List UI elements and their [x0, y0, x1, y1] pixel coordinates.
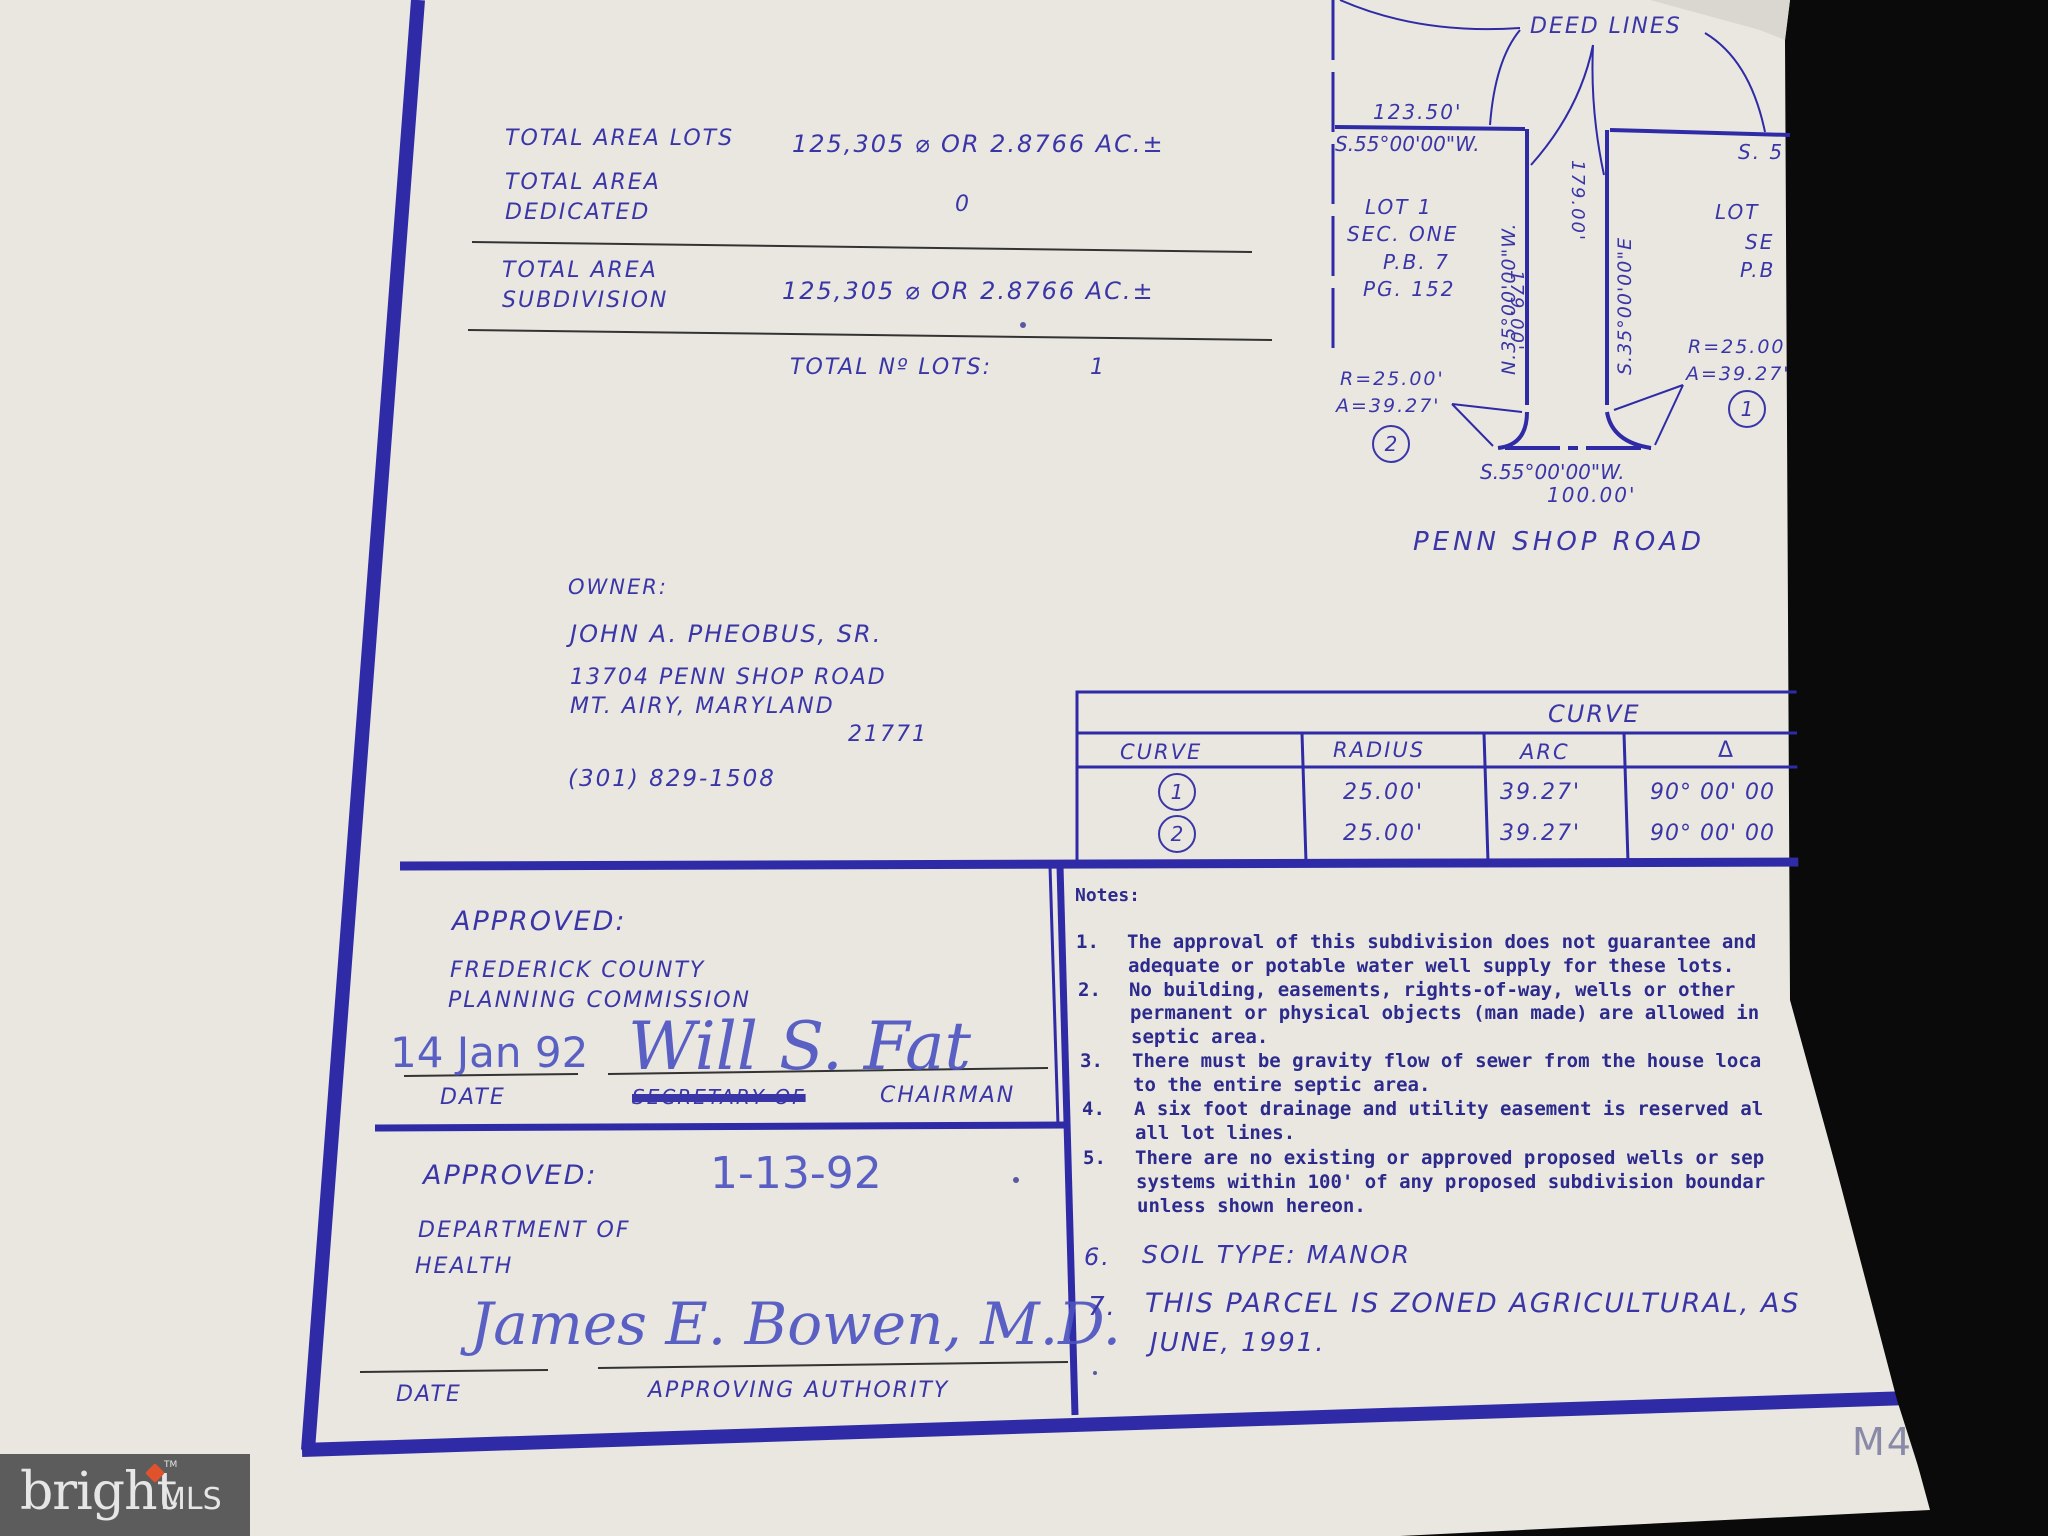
- deed-lines-label: DEED LINES: [1530, 14, 1682, 39]
- owner-phone: (301) 829-1508: [568, 766, 776, 792]
- plat-document: TOTAL AREA LOTS 125,305 ⌀ OR 2.8766 AC.±…: [0, 0, 2048, 1536]
- note-7-line-2: JUNE, 1991.: [1150, 1328, 1326, 1358]
- curve-arc: 39.27': [1500, 780, 1581, 805]
- curve-table-title: CURVE: [1548, 700, 1641, 728]
- margin-pencil-mark: M4: [1852, 1420, 1913, 1464]
- owner-address-line-1: 13704 PENN SHOP ROAD: [570, 665, 887, 690]
- note-6-number: 6.: [1084, 1243, 1111, 1271]
- note-1-number: 1.: [1076, 930, 1099, 954]
- note-6-line-1: SOIL TYPE: MANOR: [1142, 1240, 1411, 1269]
- right-lot-line-3: P.B: [1740, 258, 1775, 282]
- health-signature: James E. Bowen, M.D.: [470, 1290, 1121, 1358]
- west-line-distance: 179.00': [1506, 270, 1527, 352]
- note-4-line-2: all lot lines.: [1135, 1121, 1295, 1145]
- curve-table-header-delta: Δ: [1718, 738, 1735, 763]
- notes-title: Notes:: [1075, 885, 1140, 906]
- note-2-number: 2.: [1078, 978, 1101, 1002]
- road-name: PENN SHOP ROAD: [1413, 527, 1705, 557]
- total-area-dedicated-label-2: DEDICATED: [505, 200, 650, 225]
- struck-secretary-text: SECRETARY OF: [632, 1085, 806, 1109]
- curve1-id-badge: 1: [1728, 390, 1766, 428]
- planning-agency-line-1: FREDERICK COUNTY: [450, 958, 705, 983]
- owner-zip: 21771: [848, 722, 928, 747]
- curve-id-badge: 1: [1158, 773, 1196, 811]
- total-area-dedicated-value: 0: [955, 192, 971, 217]
- east-line-bearing: S.35°00'00"E: [1614, 237, 1636, 375]
- planning-date-handwritten: 14 Jan 92: [390, 1028, 588, 1077]
- total-area-subdivision-label: TOTAL AREA: [502, 258, 658, 283]
- curve-delta: 90° 00' 00: [1650, 821, 1775, 846]
- note-2-line-2: permanent or physical objects (man made)…: [1130, 1001, 1759, 1025]
- note-5-line-3: unless shown hereon.: [1137, 1194, 1366, 1218]
- total-area-lots-value: 125,305 ⌀ OR 2.8766 AC.±: [792, 130, 1165, 158]
- health-role-label: APPROVING AUTHORITY: [648, 1378, 949, 1403]
- health-agency-line-1: DEPARTMENT OF: [418, 1218, 631, 1243]
- curve1-radius: R=25.00: [1688, 336, 1786, 358]
- owner-address-line-2: MT. AIRY, MARYLAND: [570, 694, 835, 719]
- right-lot-line-1: LOT: [1715, 200, 1760, 224]
- total-area-subdivision-label-2: SUBDIVISION: [502, 288, 668, 313]
- top-distance: 123.50': [1373, 100, 1462, 124]
- note-2-line-3: septic area.: [1131, 1025, 1268, 1049]
- planning-signature: Will S. Fat: [628, 1008, 971, 1085]
- frontage-distance: 100.00': [1547, 483, 1636, 507]
- right-top-bearing: S. 5: [1738, 140, 1784, 164]
- planning-role-label: CHAIRMAN: [880, 1083, 1015, 1108]
- total-lots-value: 1: [1090, 355, 1106, 380]
- left-lot-line-3: P.B. 7: [1383, 250, 1450, 274]
- note-5-line-2: systems within 100' of any proposed subd…: [1136, 1170, 1765, 1194]
- curve-table-header-arc: ARC: [1520, 740, 1570, 764]
- left-lot-line-2: SEC. ONE: [1347, 222, 1458, 246]
- curve2-arc: A=39.27': [1336, 395, 1441, 417]
- note-5-line-1: There are no existing or approved propos…: [1135, 1146, 1764, 1170]
- note-3-line-2: to the entire septic area.: [1133, 1073, 1430, 1097]
- brand-suffix: MLS: [160, 1482, 222, 1517]
- curve1-arc: A=39.27': [1686, 363, 1791, 385]
- curve2-radius: R=25.00': [1340, 368, 1445, 390]
- bright-mls-watermark: bright TM MLS: [0, 1454, 250, 1536]
- note-4-line-1: A six foot drainage and utility easement…: [1134, 1097, 1763, 1121]
- curve-arc: 39.27': [1500, 821, 1581, 846]
- note-3-number: 3.: [1080, 1049, 1103, 1073]
- note-5-number: 5.: [1083, 1146, 1106, 1170]
- curve-radius: 25.00': [1343, 821, 1424, 846]
- note-3-line-1: There must be gravity flow of sewer from…: [1132, 1049, 1761, 1073]
- total-area-lots-label: TOTAL AREA LOTS: [505, 126, 734, 151]
- top-bearing: S.55°00'00"W.: [1335, 132, 1480, 156]
- health-agency-line-2: HEALTH: [415, 1254, 513, 1279]
- trademark-mark: TM: [164, 1460, 177, 1470]
- total-lots-label: TOTAL Nº LOTS:: [790, 355, 992, 380]
- note-7-line-1: THIS PARCEL IS ZONED AGRICULTURAL, AS: [1145, 1288, 1801, 1319]
- owner-label: OWNER:: [568, 575, 668, 599]
- health-date-label: DATE: [396, 1382, 462, 1407]
- frontage-bearing: S.55°00'00"W.: [1480, 460, 1625, 484]
- health-date-handwritten: 1-13-92: [710, 1148, 882, 1199]
- health-approved-label: APPROVED:: [423, 1160, 597, 1191]
- note-1-line-1: The approval of this subdivision does no…: [1127, 930, 1756, 954]
- total-area-dedicated-label: TOTAL AREA: [505, 170, 661, 195]
- curve2-id-badge: 2: [1372, 425, 1410, 463]
- owner-name: JOHN A. PHEOBUS, SR.: [570, 620, 882, 648]
- note-4-number: 4.: [1082, 1097, 1105, 1121]
- east-line-distance: 179.00': [1567, 160, 1588, 242]
- curve-table-header-radius: RADIUS: [1333, 738, 1425, 762]
- note-7-number: 7.: [1088, 1292, 1117, 1322]
- curve-table-header-curve: CURVE: [1120, 740, 1202, 764]
- note-1-line-2: adequate or potable water well supply fo…: [1128, 954, 1734, 978]
- right-lot-line-2: SE: [1745, 230, 1774, 254]
- left-lot-line-4: PG. 152: [1363, 277, 1455, 301]
- curve-delta: 90° 00' 00: [1650, 780, 1775, 805]
- planning-approved-label: APPROVED:: [452, 906, 626, 937]
- curve-id-badge: 2: [1158, 815, 1196, 853]
- total-area-subdivision-value: 125,305 ⌀ OR 2.8766 AC.±: [782, 277, 1155, 305]
- note-2-line-1: No building, easements, rights-of-way, w…: [1129, 978, 1735, 1002]
- curve-radius: 25.00': [1343, 780, 1424, 805]
- left-lot-line-1: LOT 1: [1365, 195, 1433, 219]
- planning-date-label: DATE: [440, 1085, 506, 1110]
